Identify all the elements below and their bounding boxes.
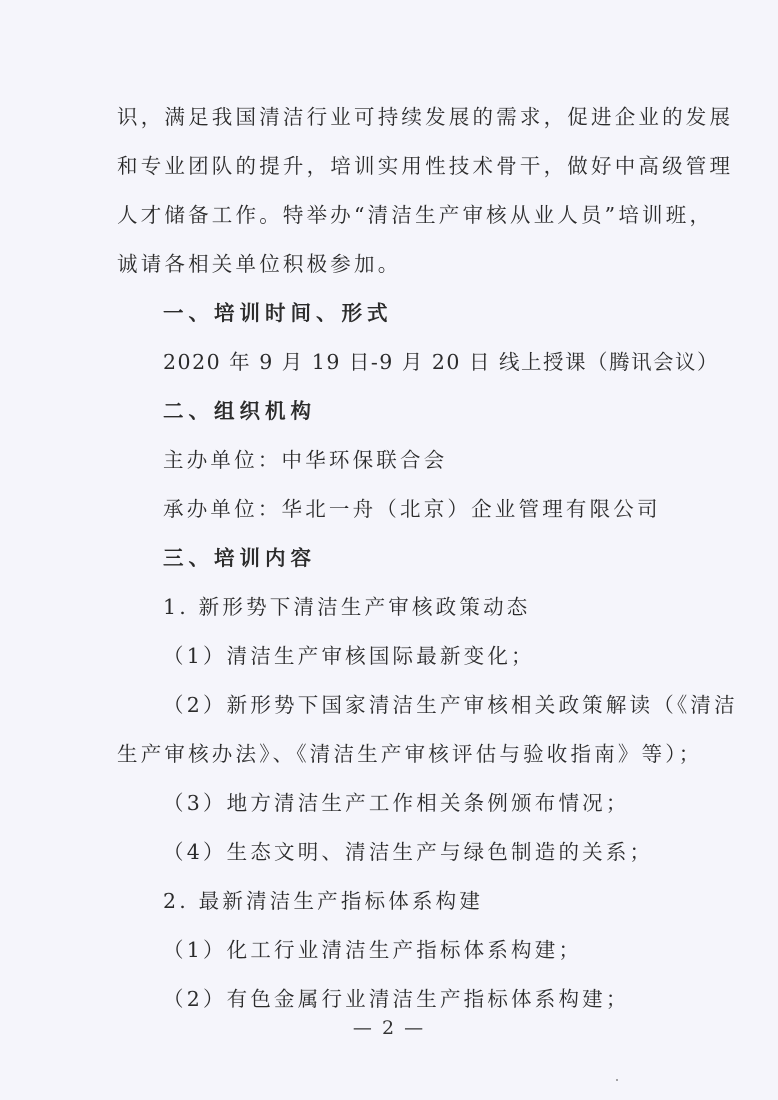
scan-speck [616,1079,618,1081]
topic-1-item-1: （1）清洁生产审核国际最新变化； [163,642,535,670]
intro-line-1: 识，满足我国清洁行业可持续发展的需求，促进企业的发展 [117,103,733,131]
topic-1-item-2-cont: 生产审核办法》、《清洁生产审核评估与验收指南》等）； [117,740,702,768]
topic-1-title: 1. 新形势下清洁生产审核政策动态 [163,593,530,621]
topic-1-item-2: （2）新形势下国家清洁生产审核相关政策解读（《清洁 [163,691,738,719]
topic-1-item-3: （3）地方清洁生产工作相关条例颁布情况； [163,789,630,817]
intro-line-2: 和专业团队的提升，培训实用性技术骨干，做好中高级管理 [117,152,733,180]
section-2-heading: 二、组织机构 [163,397,316,425]
intro-line-4: 诚请各相关单位积极参加。 [117,250,401,278]
intro-line-3: 人才储备工作。特举办“清洁生产审核从业人员”培训班， [117,201,713,229]
document-page: 识，满足我国清洁行业可持续发展的需求，促进企业的发展 和专业团队的提升，培训实用… [0,0,778,1100]
organizer-organization: 承办单位：华北一舟（北京）企业管理有限公司 [163,495,661,523]
topic-2-item-2: （2）有色金属行业清洁生产指标体系构建； [163,985,630,1013]
section-3-heading: 三、培训内容 [163,544,316,572]
section-1-heading: 一、培训时间、形式 [163,299,393,327]
page-number: — 2 — [0,1017,778,1039]
topic-1-item-4: （4）生态文明、清洁生产与绿色制造的关系； [163,838,653,866]
training-time-format: 2020 年 9 月 19 日-9 月 20 日 线上授课（腾讯会议） [163,348,719,376]
host-organization: 主办单位：中华环保联合会 [163,446,447,474]
topic-2-title: 2. 最新清洁生产指标体系构建 [163,887,483,915]
topic-2-item-1: （1）化工行业清洁生产指标体系构建； [163,936,582,964]
